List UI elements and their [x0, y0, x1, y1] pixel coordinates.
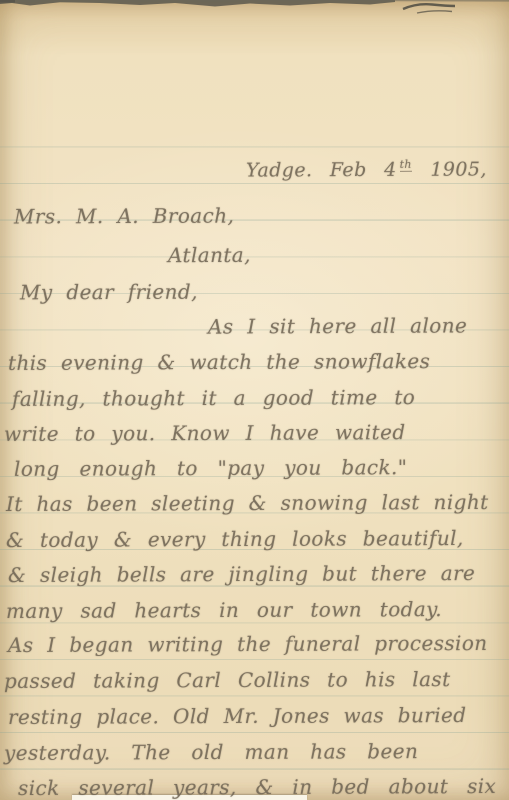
- letter-recipient-city: Atlanta,: [168, 243, 251, 267]
- torn-paper-edge-top: [0, 0, 509, 16]
- letter-salutation: My dear friend,: [20, 280, 198, 305]
- letter-body-line: many sad hearts in our town today.: [6, 597, 442, 623]
- letter-recipient-name: Mrs. M. A. Broach,: [14, 204, 234, 229]
- letter-body-line: passed taking Carl Collins to his last: [4, 667, 451, 693]
- letter-body-line: falling, thought it a good time to: [12, 385, 415, 411]
- letter-page: Yadge. Feb 4th 1905, Mrs. M. A. Broach, …: [0, 0, 509, 800]
- dateline-place: Yadge.: [246, 159, 313, 181]
- letter-body-line: It has been sleeting & snowing last nigh…: [6, 490, 489, 516]
- letter-body-line: resting place. Old Mr. Jones was buried: [8, 703, 467, 729]
- letter-body-line: write to you. Know I have waited: [4, 420, 406, 446]
- letter-body-line: yesterday. The old man has been: [4, 739, 418, 765]
- letter-body-line: As I sit here all alone: [208, 313, 467, 338]
- dateline-month: Feb: [330, 159, 367, 181]
- letter-body-line: this evening & watch the snowflakes: [8, 349, 430, 375]
- dateline-day: 4th: [384, 159, 413, 181]
- letter-dateline: Yadge. Feb 4th 1905,: [246, 158, 489, 181]
- letter-body-line: & today & every thing looks beautiful,: [6, 526, 464, 552]
- letter-body-line: & sleigh bells are jingling but there ar…: [8, 561, 475, 587]
- dateline-day-suffix: th: [400, 158, 412, 172]
- dateline-year: 1905,: [430, 158, 487, 180]
- letter-body-line: long enough to "pay you back.": [14, 455, 407, 481]
- letter-body-line: sick several years, & in bed about six: [18, 774, 496, 800]
- letter-body-line: As I began writing the funeral processio…: [8, 631, 488, 657]
